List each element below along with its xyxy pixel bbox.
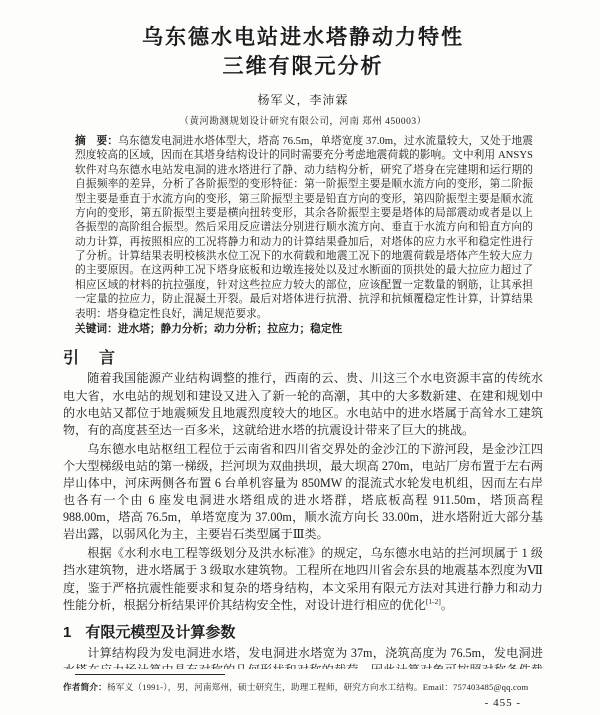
paper-title: 乌东德水电站进水塔静动力特性 三维有限元分析 (63, 24, 543, 82)
intro-paragraph-3-tail: 。 (441, 598, 453, 612)
page-number: - 455 - (63, 697, 543, 709)
paper-title-line1: 乌东德水电站进水塔静动力特性 (142, 26, 464, 49)
abstract-text: 乌东德发电洞进水塔体型大，塔高 76.5m，单塔宽度 37.0m，过水流量较大，… (75, 135, 533, 320)
intro-paragraph-3: 根据《水利水电工程等级划分及洪水标准》的规定，乌东德水电站的拦河坝属于 1 级挡… (63, 545, 543, 613)
author-bio: 作者简介：杨军义（1991-），男，河南郑州，硕士研究生，助理工程师，研究方向水… (63, 681, 543, 693)
section-1-number: 1 (63, 624, 71, 641)
keywords-line: 关键词：进水塔；静力分析；动力分析；拉应力；稳定性 (75, 322, 533, 336)
citation-ref: [1-2] (426, 597, 441, 606)
footnote-separator (75, 674, 225, 675)
paper-title-line2: 三维有限元分析 (223, 55, 384, 78)
intro-paragraph-3-text: 根据《水利水电工程等级划分及洪水标准》的规定，乌东德水电站的拦河坝属于 1 级挡… (63, 546, 543, 611)
abstract-block: 摘 要：乌东德发电洞进水塔体型大，塔高 76.5m，单塔宽度 37.0m，过水流… (75, 134, 533, 336)
abstract-label: 摘 要： (75, 135, 118, 147)
keywords-label: 关键词： (75, 323, 118, 335)
affiliation-line: （黄河勘测规划设计研究有限公司，河南 郑州 450003） (63, 113, 543, 127)
paper-page: 乌东德水电站进水塔静动力特性 三维有限元分析 杨军义，李沛霖 （黄河勘测规划设计… (0, 0, 600, 715)
abstract-paragraph: 摘 要：乌东德发电洞进水塔体型大，塔高 76.5m，单塔宽度 37.0m，过水流… (75, 134, 533, 321)
keywords-text: 进水塔；静力分析；动力分析；拉应力；稳定性 (118, 323, 342, 335)
intro-paragraph-2: 乌东德水电站枢纽工程位于云南省和四川省交界处的金沙江的下游河段，是金沙江四个大型… (63, 441, 543, 544)
author-bio-label: 作者简介： (63, 682, 107, 692)
page-footer: 作者简介：杨军义（1991-），男，河南郑州，硕士研究生，助理工程师，研究方向水… (63, 669, 543, 709)
intro-heading: 引 言 (63, 345, 543, 368)
intro-paragraph-1: 随着我国能源产业结构调整的推行，西南的云、贵、川这三个水电资源丰富的传统水电大省… (63, 370, 543, 438)
section-1-heading: 1有限元模型及计算参数 (63, 621, 543, 642)
authors-line: 杨军义，李沛霖 (63, 91, 543, 108)
author-bio-text: 杨军义（1991-），男，河南郑州，硕士研究生，助理工程师，研究方向水工结构。E… (107, 682, 528, 692)
section-1-title: 有限元模型及计算参数 (85, 624, 235, 641)
